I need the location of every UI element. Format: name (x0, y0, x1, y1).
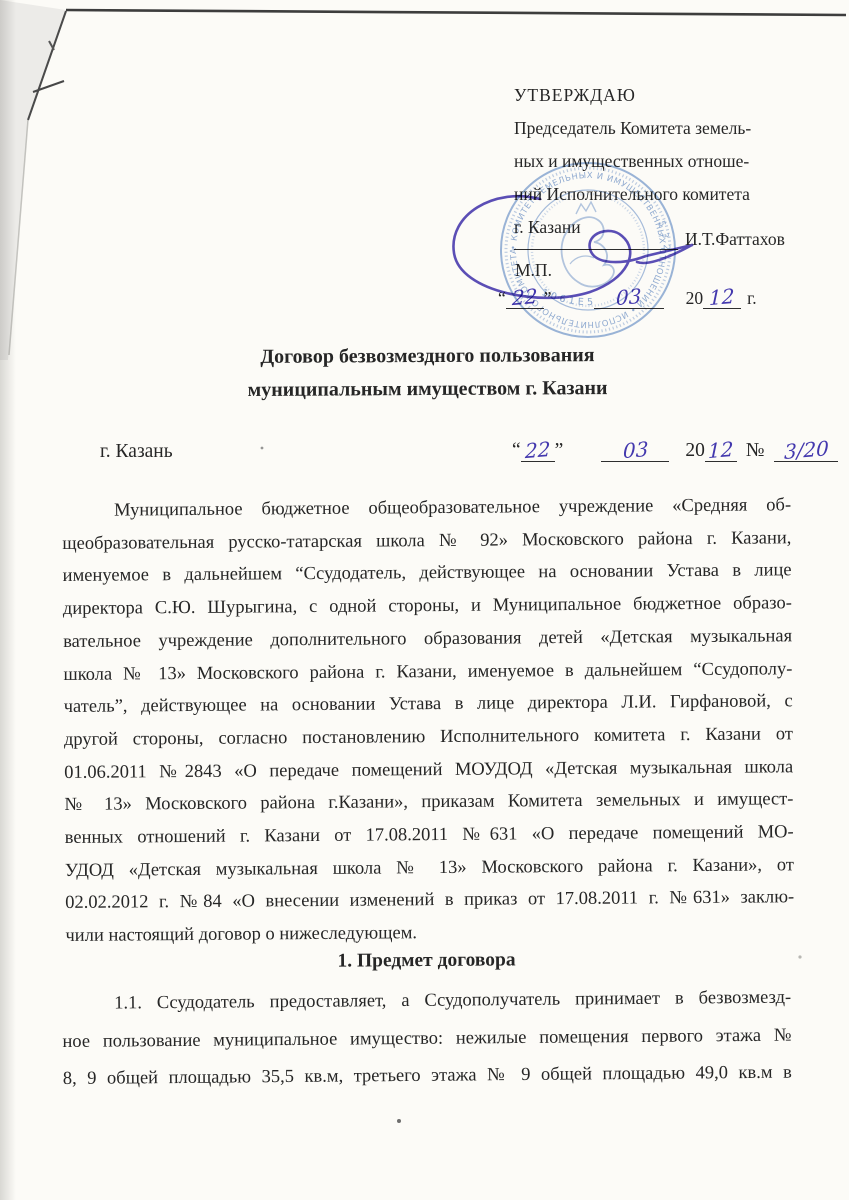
text-line: 8, 9 общей площадью 35,5 кв.м, третьего … (63, 1055, 792, 1099)
text-line: вательное учреждение дополнительного обр… (63, 620, 792, 658)
approval-label: УТВЕРЖДАЮ (514, 79, 826, 112)
signature-scribble (440, 183, 710, 308)
date-number-line: “22”032012№3/20 (512, 437, 838, 462)
text-line: 02.02.2012 г. №84 «О внесении изменений … (65, 882, 794, 920)
number-label: № (746, 440, 765, 461)
scanned-contract-page: УТВЕРЖДАЮ Председатель Комитета земель-н… (0, 0, 849, 1200)
text-line: директора С.Ю. Шурыгина, с одной стороны… (63, 587, 792, 625)
handwritten-day: 22 (525, 437, 551, 463)
section-1-heading: 1. Предмет договора (62, 947, 791, 974)
text-line: другой стороны, согласно постановлению И… (64, 718, 793, 756)
text-line: венных отношений г. Казани от 17.08.2011… (65, 816, 794, 854)
text-line: Председатель Комитета земель- (514, 112, 826, 145)
body-paragraph-1: Муниципальное бюджетное общеобразователь… (62, 489, 795, 953)
text-line: 1.1. Ссудодатель предоставляет, а Ссудоп… (62, 980, 791, 1024)
text-line: Муниципальное бюджетное общеобразователь… (62, 489, 791, 527)
text-line: чили настоящий договор о нижеследующем. (65, 914, 794, 952)
handwritten-year: 12 (708, 437, 734, 463)
open-quote: “ (512, 440, 521, 461)
text-line: муниципальным имуществом г. Казани (70, 371, 785, 408)
handwritten-number: 3/20 (784, 436, 829, 464)
year-suffix: г. (747, 288, 757, 308)
body-paragraph-1-1: 1.1. Ссудодатель предоставляет, а Ссудоп… (62, 980, 792, 1099)
place-label: г. Казань (100, 441, 173, 463)
close-quote: ” (555, 440, 564, 461)
text-line: ное пользование муниципальное имущество:… (62, 1017, 791, 1061)
year-prefix: 20 (685, 440, 705, 461)
handwritten-month: 03 (622, 437, 648, 463)
